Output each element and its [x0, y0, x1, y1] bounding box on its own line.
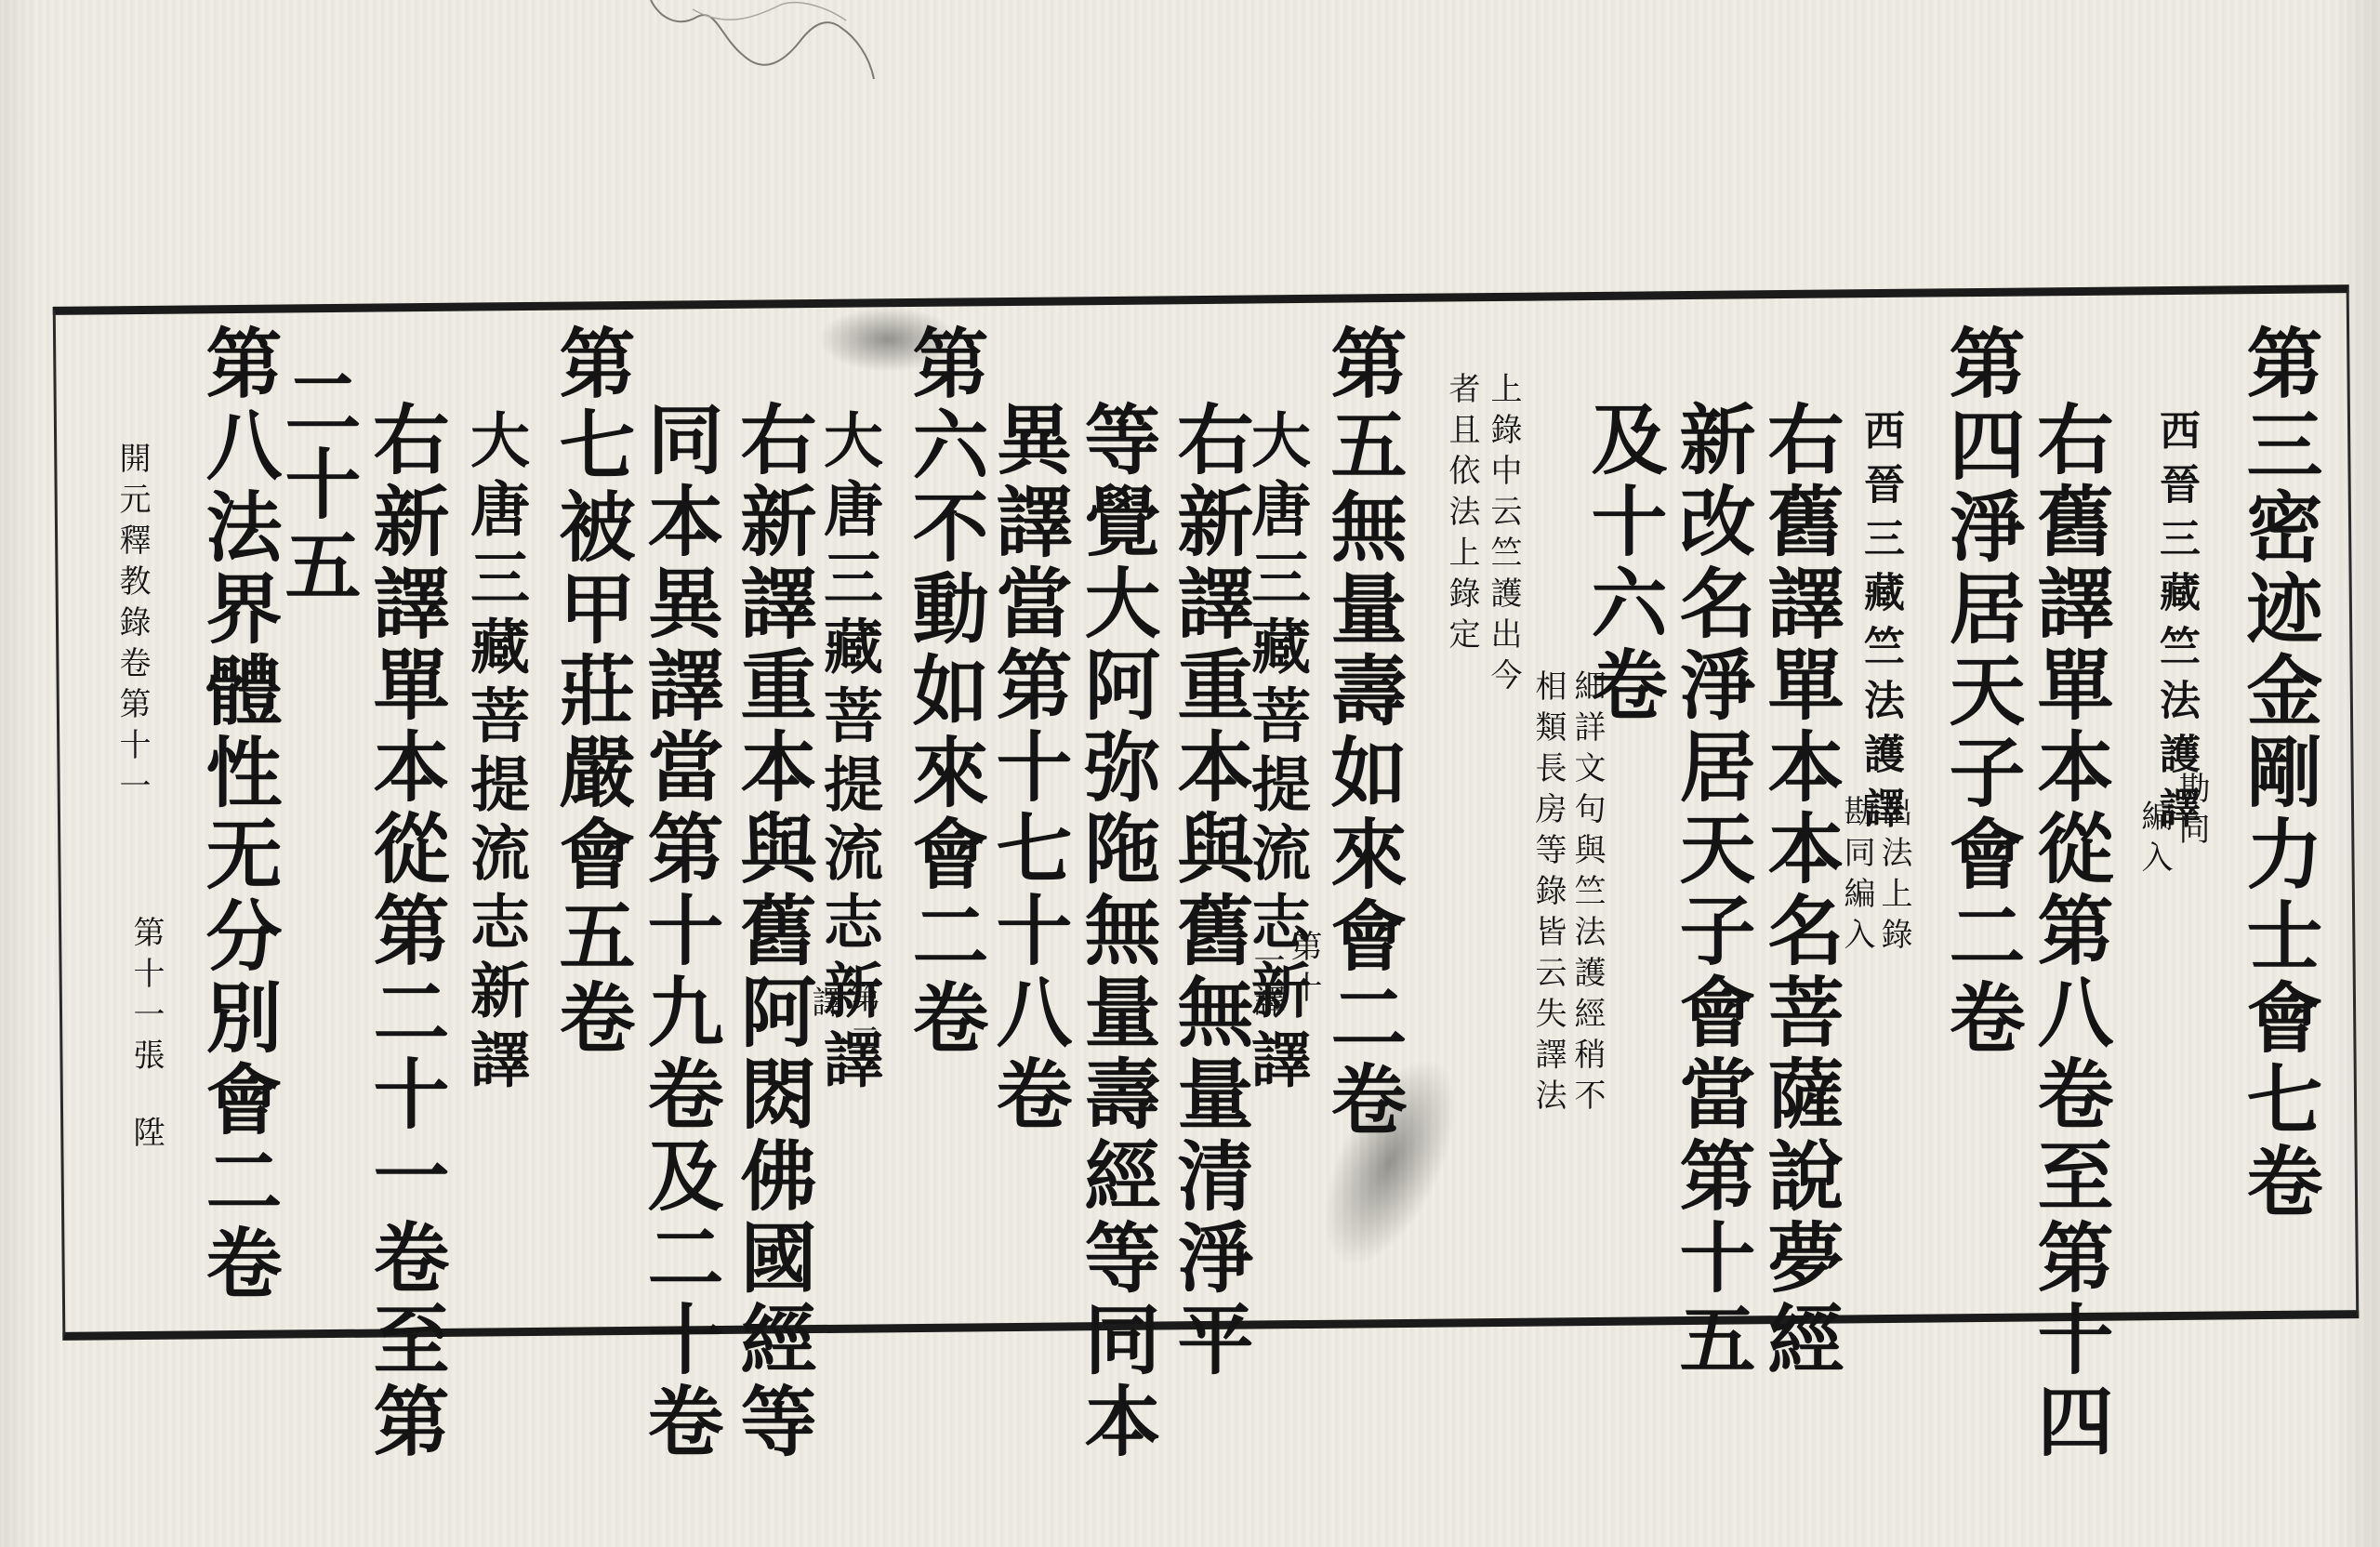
colophon-title: 開元釋教錄卷第十一 [116, 442, 148, 810]
interlinear-note-line: 勘同編入 [1841, 795, 1872, 959]
entry-heading-4: 第四淨居天子會二卷 [1943, 324, 2019, 1060]
remark-line: 右舊譯單本從第八卷至第十四 [2031, 400, 2108, 1463]
entry-heading-5: 第五無量壽如來會二卷 [1325, 324, 1401, 1142]
loose-thread [641, 0, 976, 88]
translator-note: 大唐三藏菩提流志新譯 [465, 409, 524, 1097]
interlinear-note-line: 勘同 [2175, 772, 2207, 853]
interlinear-note-line: 者且依法上錄定 [1446, 372, 1477, 658]
remark-line: 右新譯單本從第二十一卷至第 [367, 400, 443, 1463]
translator-note: 西晉三藏竺法護譯 [1859, 409, 1900, 840]
entry-heading-8: 第八法界體性无分別會二卷 [200, 324, 276, 1305]
interlinear-note-line: 相類長房等錄皆云失譯法 [1532, 669, 1564, 1119]
sheet-number: 第十一張 [130, 916, 162, 1079]
remark-line: 右新譯重本與舊無量清淨平 [1171, 400, 1248, 1382]
entry-heading-7: 第七被甲莊嚴會五卷 [553, 324, 629, 1060]
interlinear-note-line: 一譯 [1250, 944, 1282, 1025]
interlinear-note-line: 上錄中云竺護出今 [1487, 372, 1519, 699]
interlinear-note-line: 細詳文句與竺法護經稍不 [1571, 669, 1603, 1119]
remark-line: 新改名淨居天子會當第十五 [1673, 400, 1750, 1382]
interlinear-note-line: 編入 [2138, 800, 2170, 881]
carver-mark: 陞 [130, 1116, 162, 1157]
remark-line: 同本異譯當第十九卷及二十卷 [641, 400, 718, 1463]
entry-heading-3: 第三密迹金剛力士會七卷 [2241, 324, 2317, 1223]
remark-line: 右舊譯單本本名菩薩說夢經 [1762, 400, 1838, 1382]
remark-line: 等覺大阿弥陁無量壽經等同本 [1078, 400, 1155, 1463]
interlinear-note-line: 第十 [1288, 930, 1319, 1011]
interlinear-note-line: 第二 [846, 981, 878, 1063]
interlinear-note-line: 出法上錄 [1878, 795, 1910, 959]
remark-line: 異譯當第十七十八卷 [990, 400, 1066, 1136]
entry-heading-6: 第六不動如來會二卷 [906, 324, 983, 1060]
remark-line: 二十五 [279, 363, 355, 608]
remark-line: 右新譯重本與舊阿閦佛國經等 [734, 400, 811, 1463]
